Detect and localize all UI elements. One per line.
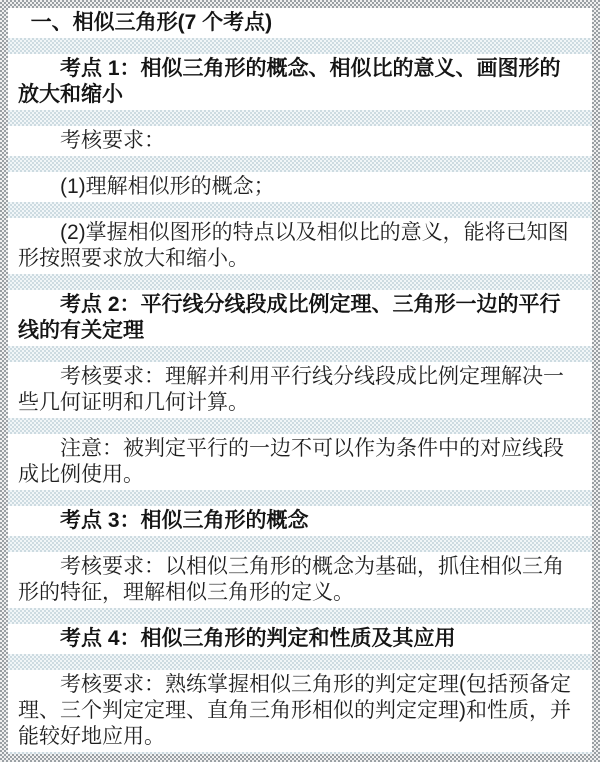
document-content: 一、相似三角形(7 个考点) 考点 1：相似三角形的概念、相似比的意义、画图形的… bbox=[8, 8, 592, 754]
exam-point-2-requirements: 考核要求：理解并利用平行线分线段成比例定理解决一些几何证明和几何计算。 bbox=[8, 362, 592, 418]
exam-point-4-requirements: 考核要求：熟练掌握相似三角形的判定定理(包括预备定理、三个判定定理、直角三角形相… bbox=[8, 670, 592, 752]
exam-point-3-requirements: 考核要求：以相似三角形的概念为基础，抓住相似三角形的特征，理解相似三角形的定义。 bbox=[8, 552, 592, 608]
document-frame: 一、相似三角形(7 个考点) 考点 1：相似三角形的概念、相似比的意义、画图形的… bbox=[0, 0, 600, 762]
exam-point-3-heading: 考点 3：相似三角形的概念 bbox=[8, 506, 592, 536]
exam-point-4-heading: 考点 4：相似三角形的判定和性质及其应用 bbox=[8, 624, 592, 654]
exam-point-1-item-1: (1)理解相似形的概念； bbox=[8, 172, 592, 202]
exam-point-2-heading: 考点 2：平行线分线段成比例定理、三角形一边的平行线的有关定理 bbox=[8, 290, 592, 346]
document-title: 一、相似三角形(7 个考点) bbox=[8, 8, 592, 38]
exam-point-1-item-2: (2)掌握相似图形的特点以及相似比的意义，能将已知图形按照要求放大和缩小。 bbox=[8, 218, 592, 274]
exam-point-1-requirements-label: 考核要求： bbox=[8, 126, 592, 156]
exam-point-2-note: 注意：被判定平行的一边不可以作为条件中的对应线段成比例使用。 bbox=[8, 434, 592, 490]
exam-point-1-heading: 考点 1：相似三角形的概念、相似比的意义、画图形的放大和缩小 bbox=[8, 54, 592, 110]
